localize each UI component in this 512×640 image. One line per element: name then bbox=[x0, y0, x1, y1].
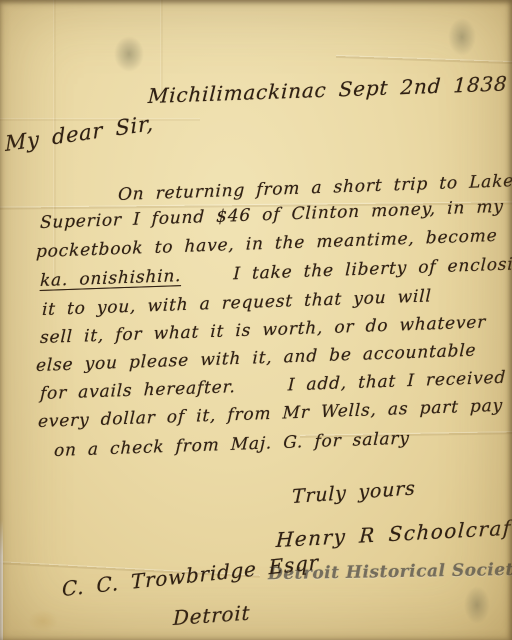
signature: Henry R Schoolcraft bbox=[275, 515, 512, 552]
ink-stain-bottom-right bbox=[464, 586, 490, 624]
body-line-8-part1: for avails hereafter. bbox=[40, 377, 237, 404]
ink-stain-top-left bbox=[114, 36, 144, 72]
recipient-city: Detroit bbox=[173, 601, 251, 630]
letter-scan: Michilimackinac Sept 2nd 1838 My dear Si… bbox=[0, 0, 512, 640]
body-line-10: on a check from Maj. G. for salary bbox=[54, 429, 410, 461]
closing: Truly yours bbox=[292, 477, 416, 508]
ink-stain-top-right bbox=[448, 18, 476, 56]
scan-edge bbox=[0, 520, 3, 640]
underlined-ojibwe-word: ka. onishishin. bbox=[40, 266, 182, 291]
body-line-4-rest: I take the liberty of enclosing bbox=[233, 254, 512, 285]
fold-crease bbox=[160, 0, 163, 92]
dateline: Michilimackinac Sept 2nd 1838 bbox=[147, 71, 508, 108]
smudge-top-edge bbox=[334, 0, 364, 14]
body-line-8-part2: I add, that I received bbox=[287, 368, 506, 396]
fold-crease bbox=[336, 55, 512, 64]
salutation: My dear Sir, bbox=[5, 111, 155, 156]
recipient-name: C. C. Trowbridge Esqr bbox=[62, 550, 319, 601]
body-line-5: it to you, with a request that you will bbox=[42, 286, 432, 320]
paper-stain-bottom-left bbox=[28, 610, 58, 632]
